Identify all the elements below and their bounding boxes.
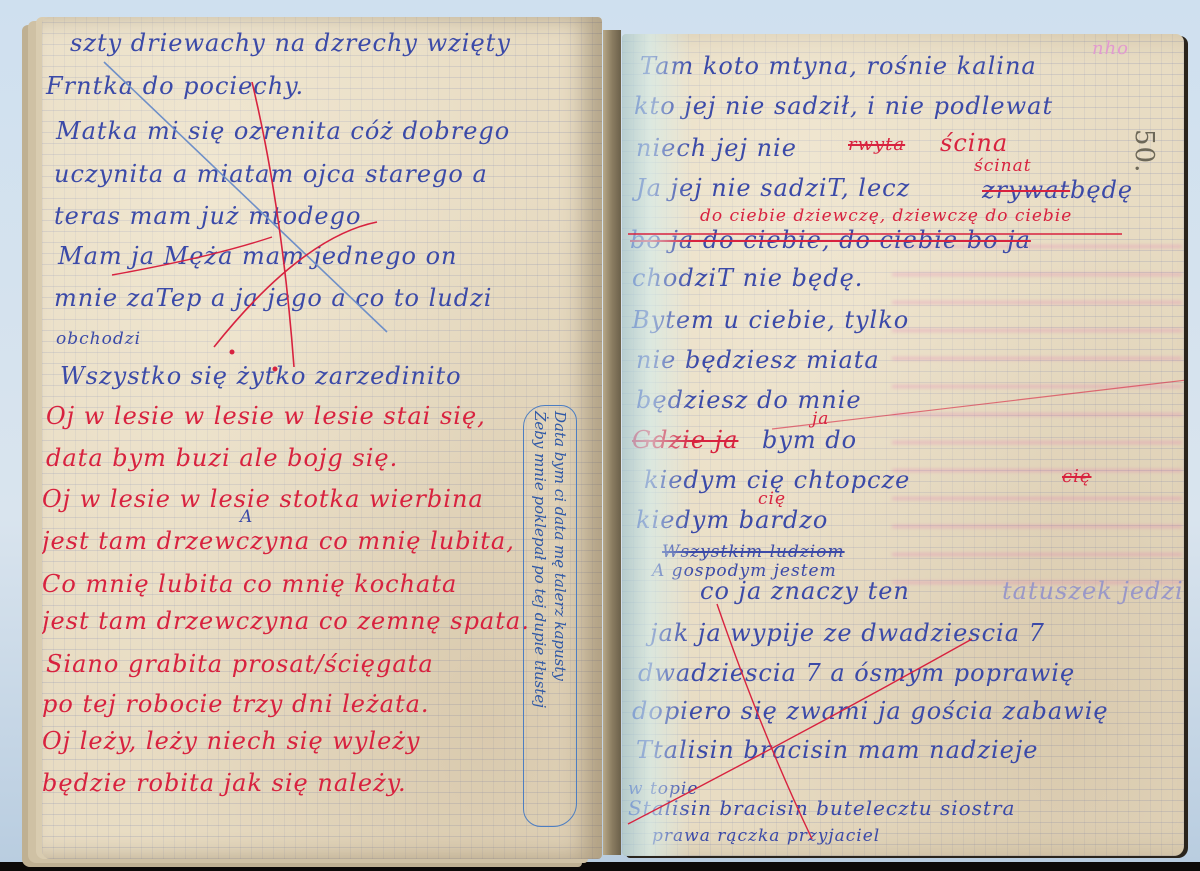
crossed-word: rwyta <box>848 134 905 155</box>
handwritten-line: mnie zaTep a ja jego a co to ludzi <box>54 284 492 312</box>
handwritten-line: Stalisin bracisin butelecztu siostra <box>628 796 1015 820</box>
red-correction: ścina <box>940 129 1008 157</box>
handwritten-line: Siano grabita prosat/ścięgata <box>46 650 434 678</box>
red-correction: cię <box>758 489 786 509</box>
margin-note-line: Data bym ci data mę talerz kapusty <box>550 411 570 821</box>
handwritten-line: jest tam drzewczyna co zemnę spata. <box>42 607 530 635</box>
handwritten-line: data bym buzi ale bojg się. <box>46 444 398 472</box>
crossed-word: cię <box>1062 466 1092 487</box>
handwritten-line: nie będziesz miata <box>636 346 880 374</box>
handwritten-line: Bytem u ciebie, tylko <box>632 306 909 334</box>
margin-note-text: Data bym ci data mę talerz kapusty Żeby … <box>530 411 570 821</box>
handwritten-line: Oj w lesie w lesie stotka wierbina <box>42 485 484 513</box>
handwritten-line: dopiero się zwami ja gościa zabawię <box>632 697 1109 725</box>
handwritten-line: Ja jej nie sadziT, lecz <box>636 174 910 202</box>
handwritten-line: Co mnię lubita co mnię kochata <box>42 570 457 598</box>
faded-line: tatuszek jedzie <box>1002 577 1184 605</box>
handwritten-line: kto jej nie sadził, i nie podlewat <box>634 92 1053 120</box>
left-notebook-page: szty driewachy na dzrechy wzięty Frntka … <box>42 17 602 859</box>
handwritten-line: jest tam drzewczyna co mnię lubita, <box>42 527 515 555</box>
margin-note-box: Data bym ci data mę talerz kapusty Żeby … <box>523 405 577 827</box>
red-correction: do ciebie dziewczę, dziewczę do ciebie <box>700 206 1072 226</box>
handwritten-line: Tam koto mtyna, rośnie kalina <box>640 52 1037 80</box>
handwritten-line: obchodzi <box>56 329 141 349</box>
pencil-page-number: 50. <box>1129 129 1159 173</box>
handwritten-line: prawa rączka przyjaciel <box>652 826 880 846</box>
handwritten-line: Frntka do pociechy. <box>46 72 304 100</box>
handwritten-line: Mam ja Męża mam jednego on <box>58 242 457 270</box>
ink-bleed-through <box>892 224 1182 584</box>
handwritten-line: bym do <box>762 426 857 454</box>
handwritten-line: Oj w lesie w lesie w lesie stai się, <box>46 402 486 430</box>
handwritten-line: dwadziescia 7 a ósmym poprawię <box>638 659 1075 687</box>
notebook-spine <box>603 30 621 855</box>
annotation-mark: A <box>240 507 253 527</box>
margin-note-line: Żeby mnie poklepał po tej dupie tłustej <box>530 411 550 821</box>
handwritten-line: Ttalisin bracisin mam nadzieje <box>636 736 1038 764</box>
handwritten-line: Wszystko się żytko zarzedinito <box>60 362 462 390</box>
handwritten-line: chodziT nie będę. <box>632 264 863 292</box>
handwritten-line: Oj leży, leży niech się wyleży <box>42 727 420 755</box>
crossed-word: Gdzie ja <box>632 426 738 454</box>
red-correction: ścinat <box>974 156 1032 176</box>
handwritten-line: kiedym bardzo <box>636 506 828 534</box>
handwritten-line: szty driewachy na dzrechy wzięty <box>70 29 511 57</box>
corner-mark: nho <box>1092 38 1129 59</box>
handwritten-line: będę <box>1070 176 1133 204</box>
crossed-word: zrywat <box>982 176 1070 204</box>
right-notebook-page: nho 50. Tam koto mtyna, rośnie kalina kt… <box>622 34 1184 856</box>
handwritten-line: uczynita a miatam ojca starego a <box>54 160 488 188</box>
crossed-line: Wszystkim ludziom <box>662 542 845 562</box>
handwritten-line: teras mam już mtodego <box>54 202 361 230</box>
handwritten-line: jak ja wypije ze dwadziescia 7 <box>650 619 1045 647</box>
handwritten-line: niech jej nie <box>636 134 797 162</box>
handwritten-line: po tej robocie trzy dni leżata. <box>42 690 430 718</box>
handwritten-line: będzie robita jak się należy. <box>42 769 407 797</box>
crossed-line: bo ja do ciebie, do ciebie bo ja <box>630 226 1031 254</box>
handwritten-line: Matka mi się ozrenita cóż dobrego <box>56 117 510 145</box>
handwritten-line: co ja znaczy ten <box>700 577 910 605</box>
